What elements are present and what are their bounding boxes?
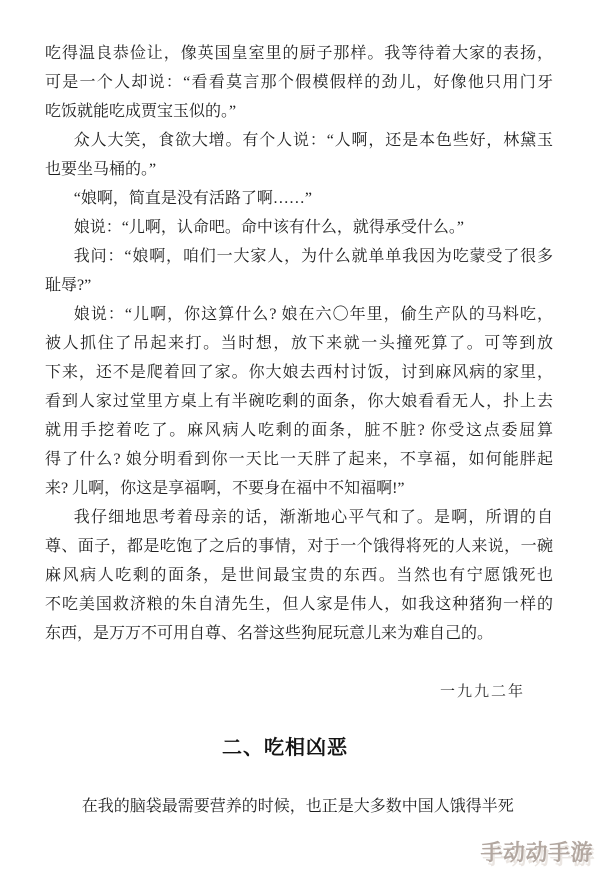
text-line: 得了什么? 娘分明看到你一天比一天胖了起来，不享福，如何能胖起 — [45, 445, 553, 474]
text-line: 我问：“娘啊，咱们一大家人，为什么就单单我因为吃蒙受了很多 — [45, 242, 553, 271]
text-line: 麻风病人吃剩的面条，是世间最宝贵的东西。当然也有宁愿饿死也 — [45, 561, 553, 590]
text-line: 可是一个人却说：“看看莫言那个假模假样的劲儿，好像他只用门牙 — [45, 68, 553, 97]
text-line: “娘啊，简直是没有活路了啊……” — [45, 184, 553, 213]
text-line: 吃饭就能吃成贾宝玉似的。” — [45, 97, 553, 126]
text-line: 就用手挖着吃了。麻风病人吃剩的面条，脏不脏? 你受这点委屈算 — [45, 416, 553, 445]
text-line: 尊、面子，都是吃饱了之后的事情，对于一个饿得将死的人来说，一碗 — [45, 532, 553, 561]
text-line: 来? 儿啊，你这是享福啊，不要身在福中不知福啊!” — [45, 474, 553, 503]
text-line: 吃得温良恭俭让，像英国皇室里的厨子那样。我等待着大家的表扬， — [45, 39, 553, 68]
section-heading: 二、吃相凶恶 — [0, 735, 596, 761]
book-page: 吃得温良恭俭让，像英国皇室里的厨子那样。我等待着大家的表扬，可是一个人却说：“看… — [0, 0, 596, 874]
text-line: 耻辱?” — [45, 271, 553, 300]
text-line: 东西，是万万不可用自尊、名誉这些狗屁玩意儿来为难自己的。 — [45, 619, 553, 648]
text-line: 也要坐马桶的。” — [45, 155, 553, 184]
text-line: 众人大笑，食欲大增。有个人说：“人啊，还是本色些好，林黛玉 — [45, 126, 553, 155]
text-line: 娘说：“儿啊，认命吧。命中该有什么，就得承受什么。” — [45, 213, 553, 242]
essay-date: 一九九二年 — [0, 681, 596, 703]
next-section-body: 在我的脑袋最需要营养的时候，也正是大多数中国人饿得半死 — [0, 792, 596, 821]
text-line: 下来，还不是爬着回了家。你大娘去西村讨饭，讨到麻风病的家里， — [45, 358, 553, 387]
text-line: 不吃美国救济粮的朱自清先生，但人家是伟人，如我这种猪狗一样的 — [45, 590, 553, 619]
essay-body: 吃得温良恭俭让，像英国皇室里的厨子那样。我等待着大家的表扬，可是一个人却说：“看… — [0, 0, 596, 648]
text-line: 我仔细地思考着母亲的话，渐渐地心平气和了。是啊，所谓的自 — [45, 503, 553, 532]
text-line: 在我的脑袋最需要营养的时候，也正是大多数中国人饿得半死 — [45, 792, 553, 821]
text-line: 被人抓住了吊起来打。当时想，放下来就一头撞死算了。可等到放 — [45, 329, 553, 358]
text-line: 看到人家过堂里方桌上有半碗吃剩的面条，你大娘看看无人，扑上去 — [45, 387, 553, 416]
watermark-text: 手动动手游 — [480, 839, 593, 866]
text-line: 娘说：“儿啊，你这算什么? 娘在六〇年里，偷生产队的马料吃， — [45, 300, 553, 329]
